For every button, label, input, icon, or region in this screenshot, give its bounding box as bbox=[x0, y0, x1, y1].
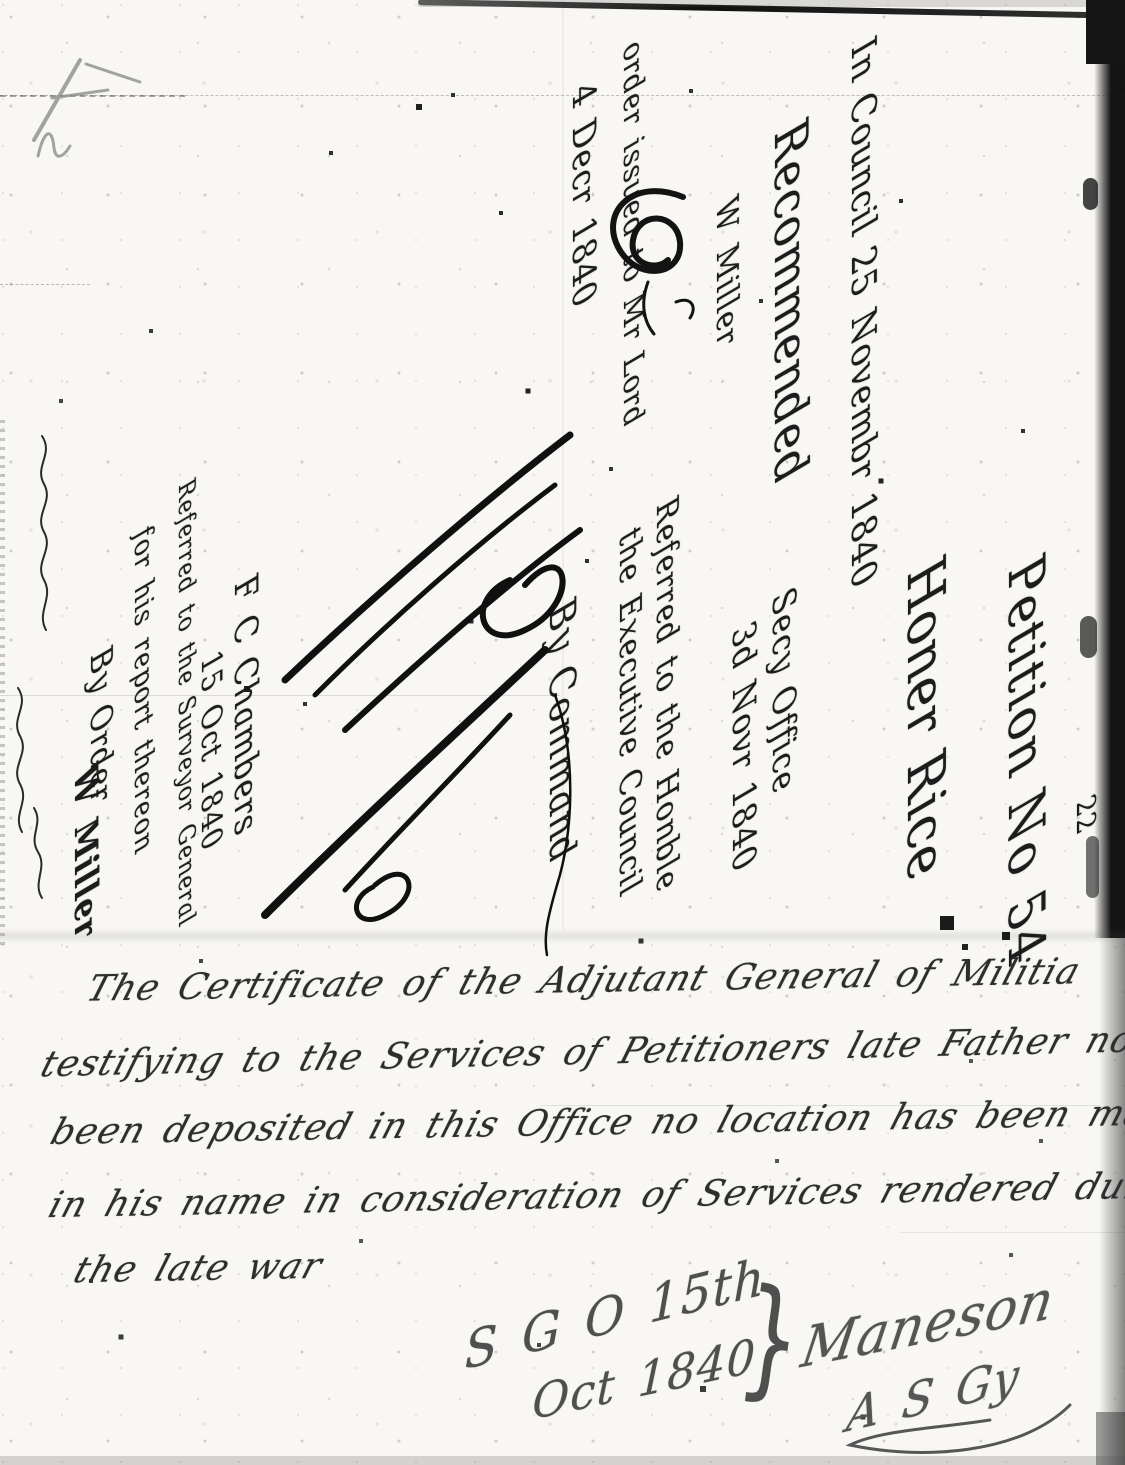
illegible-docket-squiggles bbox=[4, 428, 79, 953]
surveyor-referral-line1: Referred to the Surveyor General bbox=[174, 472, 198, 935]
council-clerk-signature: W Miller bbox=[711, 188, 743, 358]
scan-edge-ragged-blob-3 bbox=[1086, 836, 1099, 898]
scan-edge-corner-bottom-right bbox=[1096, 1412, 1125, 1465]
scan-edge-top-line bbox=[418, 0, 1125, 19]
memo-line-5: the late war bbox=[69, 1246, 328, 1292]
in-council-note: In Council 25 Novembr 1840 bbox=[844, 28, 880, 601]
chambers-date-note: 15 Oct 1840 bbox=[197, 642, 226, 861]
secretary-office-date: 3d Novr 1840 bbox=[726, 612, 760, 884]
scanned-document-page: order issued to Mr Lord 4 Decr 1840 W Mi… bbox=[0, 0, 1125, 1465]
petitioner-name: Honer Rice bbox=[897, 542, 952, 898]
memo-line-2: testifying to the Services of Petitioner… bbox=[36, 1016, 1125, 1086]
fold-crease-left-segment bbox=[0, 284, 90, 285]
clerk-monogram-flourish bbox=[588, 172, 708, 342]
ink-speckles bbox=[0, 0, 2, 2]
chambers-clerk-note: F C Chambers bbox=[228, 565, 262, 846]
fold-crease-upper bbox=[0, 95, 1125, 96]
illegible-signature-flourish bbox=[225, 415, 595, 975]
scan-edge-ragged-blob-1 bbox=[1083, 178, 1098, 210]
scan-edge-top-shadow bbox=[418, 0, 1125, 7]
signature-underline-flourish bbox=[820, 1400, 1080, 1460]
streak-memo-2 bbox=[900, 1232, 1125, 1233]
memo-line-3: been deposited in this Office no locatio… bbox=[46, 1092, 1125, 1153]
scan-edge-ragged-blob-2 bbox=[1080, 616, 1097, 658]
secretary-office-note: Secy Office bbox=[766, 578, 800, 804]
file-number: 22 bbox=[1071, 788, 1098, 844]
referred-executive-line2: the Executive Council bbox=[614, 518, 646, 907]
scan-edge-corner-top-right bbox=[1086, 0, 1125, 64]
pencil-marks bbox=[22, 48, 162, 178]
memo-line-4: in his name in consideration of Services… bbox=[44, 1165, 1125, 1226]
recommended-note: Recommended bbox=[767, 105, 815, 499]
petition-number-label: Petition No 54 bbox=[1000, 540, 1053, 984]
surveyor-referral-line2: for his report thereon bbox=[129, 518, 156, 863]
referred-executive-line1: Referred to the Honble bbox=[651, 488, 683, 902]
